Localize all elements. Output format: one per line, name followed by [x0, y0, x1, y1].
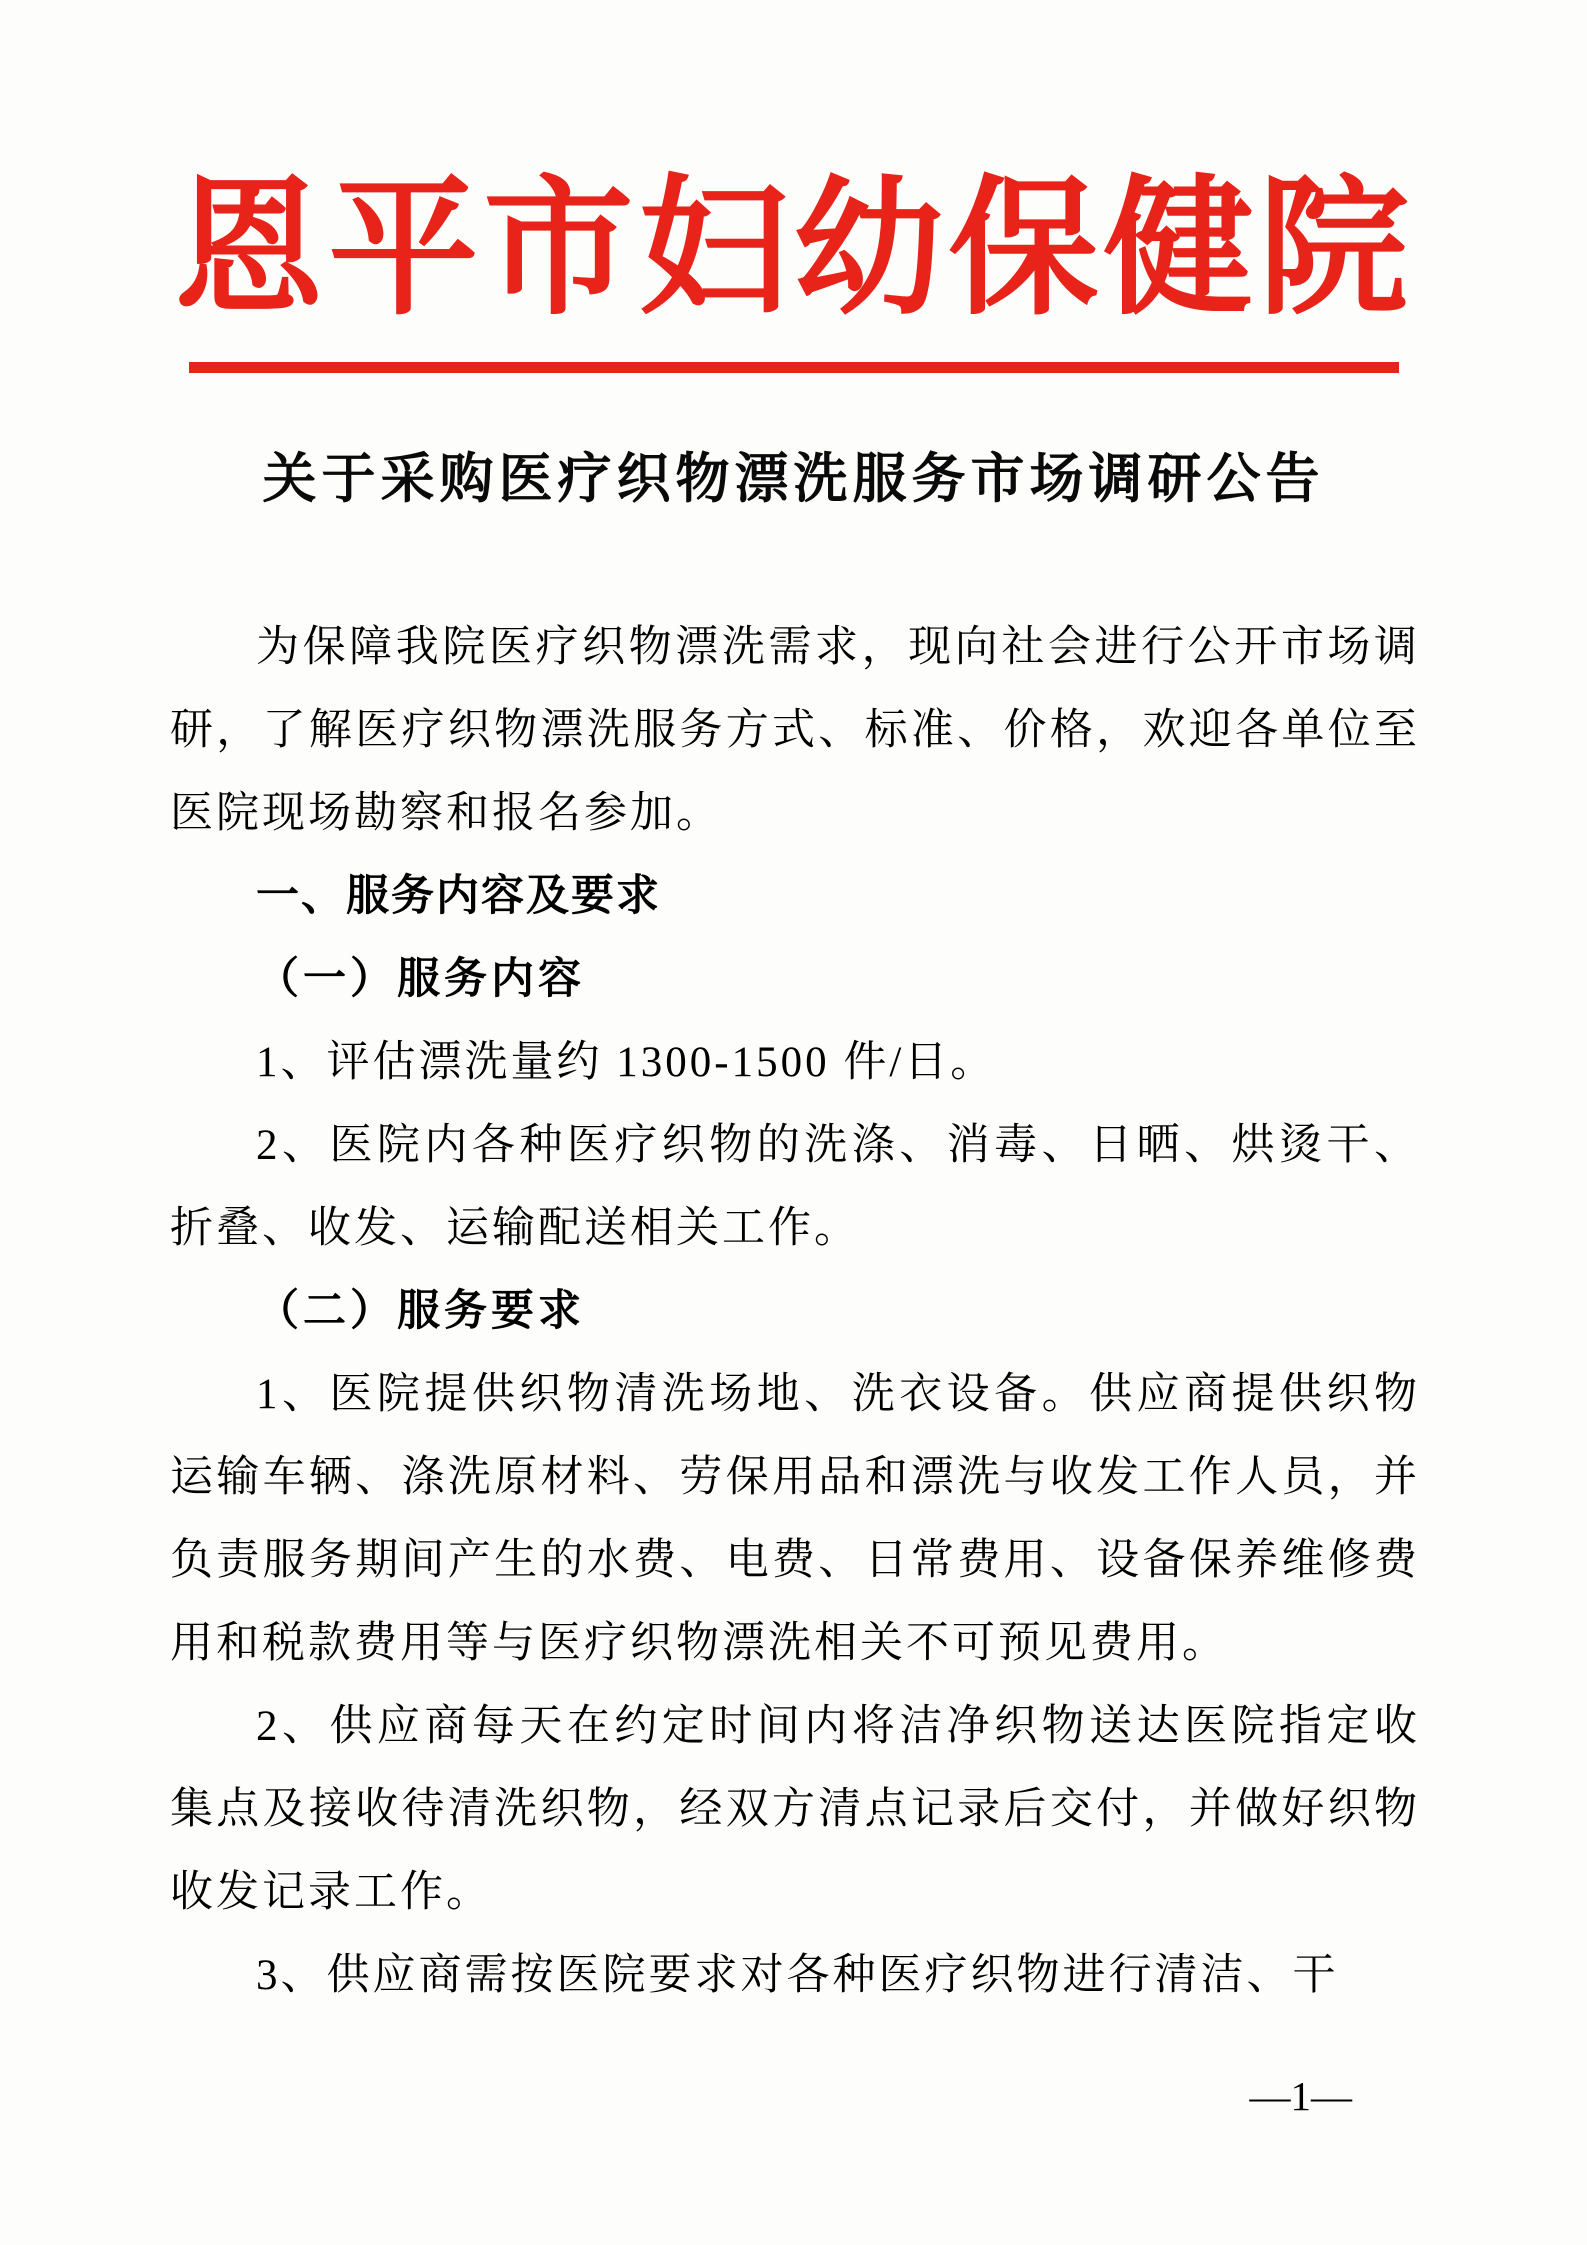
service-content-item-2: 2、医院内各种医疗织物的洗涤、消毒、日晒、烘烫干、折叠、收发、运输配送相关工作。: [170, 1104, 1420, 1270]
service-content-item-1: 1、评估漂洗量约 1300-1500 件/日。: [170, 1021, 1420, 1104]
announcement-title: 关于采购医疗织物漂洗服务市场调研公告: [0, 449, 1587, 509]
service-requirement-item-3: 3、供应商需按医院要求对各种医疗织物进行清洁、干: [170, 1934, 1420, 2017]
letterhead-hospital-name: 恩平市妇幼保健院: [0, 150, 1587, 350]
document-page: 恩平市妇幼保健院 关于采购医疗织物漂洗服务市场调研公告 为保障我院医疗织物漂洗需…: [0, 0, 1587, 2245]
intro-paragraph: 为保障我院医疗织物漂洗需求，现向社会进行公开市场调研，了解医疗织物漂洗服务方式、…: [170, 606, 1420, 855]
letterhead-red-rule: [189, 362, 1399, 373]
section-1-heading: 一、服务内容及要求: [170, 855, 1420, 938]
service-requirement-item-1: 1、医院提供织物清洗场地、洗衣设备。供应商提供织物运输车辆、涤洗原材料、劳保用品…: [170, 1353, 1420, 1685]
subsection-1-1-heading: （一）服务内容: [170, 938, 1420, 1021]
subsection-1-2-heading: （二）服务要求: [170, 1270, 1420, 1353]
document-body: 为保障我院医疗织物漂洗需求，现向社会进行公开市场调研，了解医疗织物漂洗服务方式、…: [170, 606, 1420, 2017]
service-requirement-item-2: 2、供应商每天在约定时间内将洁净织物送达医院指定收集点及接收待清洗织物，经双方清…: [170, 1685, 1420, 1934]
page-number: —1—: [1250, 2076, 1353, 2117]
